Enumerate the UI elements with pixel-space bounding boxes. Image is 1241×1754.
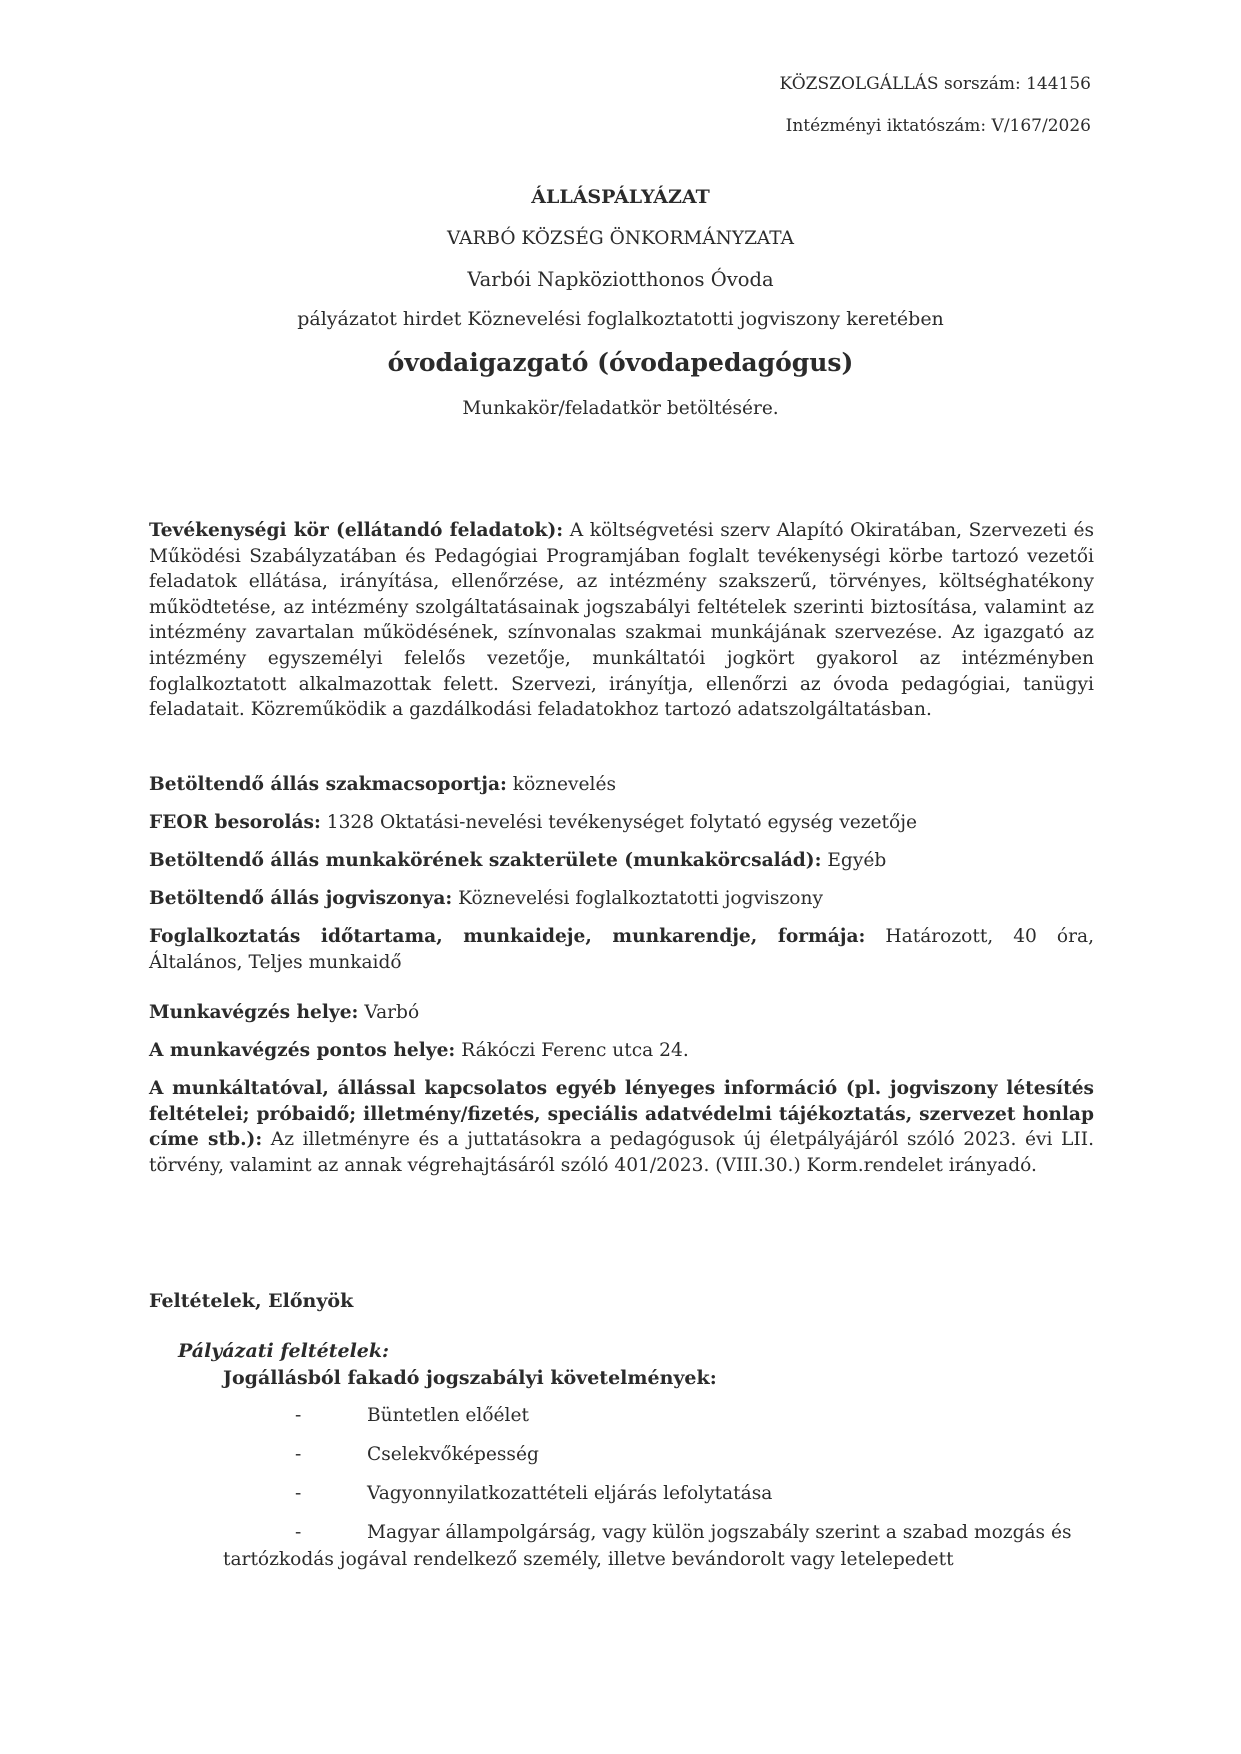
- list-item-text: Cselekvőképesség: [367, 1444, 539, 1465]
- detail-label: A munkavégzés pontos helye:: [149, 1040, 455, 1061]
- conditions-section-title: Feltételek, Előnyök: [149, 1290, 353, 1312]
- detail-activities: Tevékenységi kör (ellátandó feladatok): …: [149, 518, 1094, 723]
- list-item-text: Büntetlen előélet: [367, 1405, 529, 1426]
- bullet-dash-icon: -: [295, 1405, 301, 1426]
- detail-value: Rákóczi Ferenc utca 24.: [455, 1040, 688, 1061]
- detail-label: Betöltendő állás jogviszonya:: [149, 888, 452, 909]
- detail-label: Betöltendő állás szakmacsoportja:: [149, 774, 507, 795]
- detail-employment-terms: Foglalkoztatás időtartama, munkaideje, m…: [149, 924, 1094, 975]
- filing-number: Intézményi iktatószám: V/167/2026: [786, 116, 1091, 136]
- detail-label: Betöltendő állás munkakörének szakterüle…: [149, 850, 821, 871]
- conditions-group-title: Jogállásból fakadó jogszabályi követelmé…: [223, 1367, 717, 1389]
- list-item-text: Magyar állampolgárság, vagy külön jogsza…: [367, 1522, 1072, 1543]
- list-item-continuation: tartózkodás jogával rendelkező személy, …: [223, 1549, 954, 1570]
- detail-feor: FEOR besorolás: 1328 Oktatási-nevelési t…: [149, 810, 1094, 836]
- bullet-dash-icon: -: [295, 1522, 301, 1543]
- announcement-line: pályázatot hirdet Köznevelési foglalkozt…: [0, 308, 1241, 330]
- detail-value: 1328 Oktatási-nevelési tevékenységet fol…: [321, 812, 917, 833]
- detail-value: köznevelés: [507, 774, 616, 795]
- detail-job-family: Betöltendő állás munkakörének szakterüle…: [149, 848, 1094, 874]
- detail-value: A költségvetési szerv Alapító Okiratában…: [149, 520, 1094, 720]
- serial-number: KÖZSZOLGÁLLÁS sorszám: 144156: [780, 74, 1092, 94]
- institution-name: Varbói Napköziotthonos Óvoda: [0, 268, 1241, 291]
- document-page: KÖZSZOLGÁLLÁS sorszám: 144156 Intézményi…: [0, 0, 1241, 1754]
- detail-other-info: A munkáltatóval, állással kapcsolatos eg…: [149, 1076, 1094, 1178]
- bullet-dash-icon: -: [295, 1444, 301, 1465]
- purpose-line: Munkakör/feladatkör betöltésére.: [0, 398, 1241, 419]
- position-title: óvodaigazgató (óvodapedagógus): [0, 348, 1241, 377]
- detail-label: Foglalkoztatás időtartama, munkaideje, m…: [149, 926, 865, 947]
- detail-label: FEOR besorolás:: [149, 812, 321, 833]
- detail-value: Egyéb: [821, 850, 886, 871]
- detail-label: Munkavégzés helye:: [149, 1002, 358, 1023]
- detail-professional-group: Betöltendő állás szakmacsoportja: köznev…: [149, 772, 1094, 798]
- detail-value: Varbó: [358, 1002, 419, 1023]
- list-item-text: Vagyonnyilatkozattételi eljárás lefolyta…: [367, 1483, 772, 1504]
- detail-value: Az illetményre és a juttatásokra a pedag…: [149, 1129, 1094, 1176]
- detail-exact-address: A munkavégzés pontos helye: Rákóczi Fere…: [149, 1038, 1094, 1064]
- document-type-heading: ÁLLÁSPÁLYÁZAT: [0, 186, 1241, 208]
- detail-legal-relationship: Betöltendő állás jogviszonya: Köznevelés…: [149, 886, 1094, 912]
- issuer-name: VARBÓ KÖZSÉG ÖNKORMÁNYZATA: [0, 228, 1241, 249]
- detail-value: Köznevelési foglalkoztatotti jogviszony: [452, 888, 823, 909]
- conditions-subsection-title: Pályázati feltételek:: [178, 1340, 389, 1362]
- detail-workplace: Munkavégzés helye: Varbó: [149, 1000, 1094, 1026]
- detail-label: Tevékenységi kör (ellátandó feladatok):: [149, 520, 563, 541]
- bullet-dash-icon: -: [295, 1483, 301, 1504]
